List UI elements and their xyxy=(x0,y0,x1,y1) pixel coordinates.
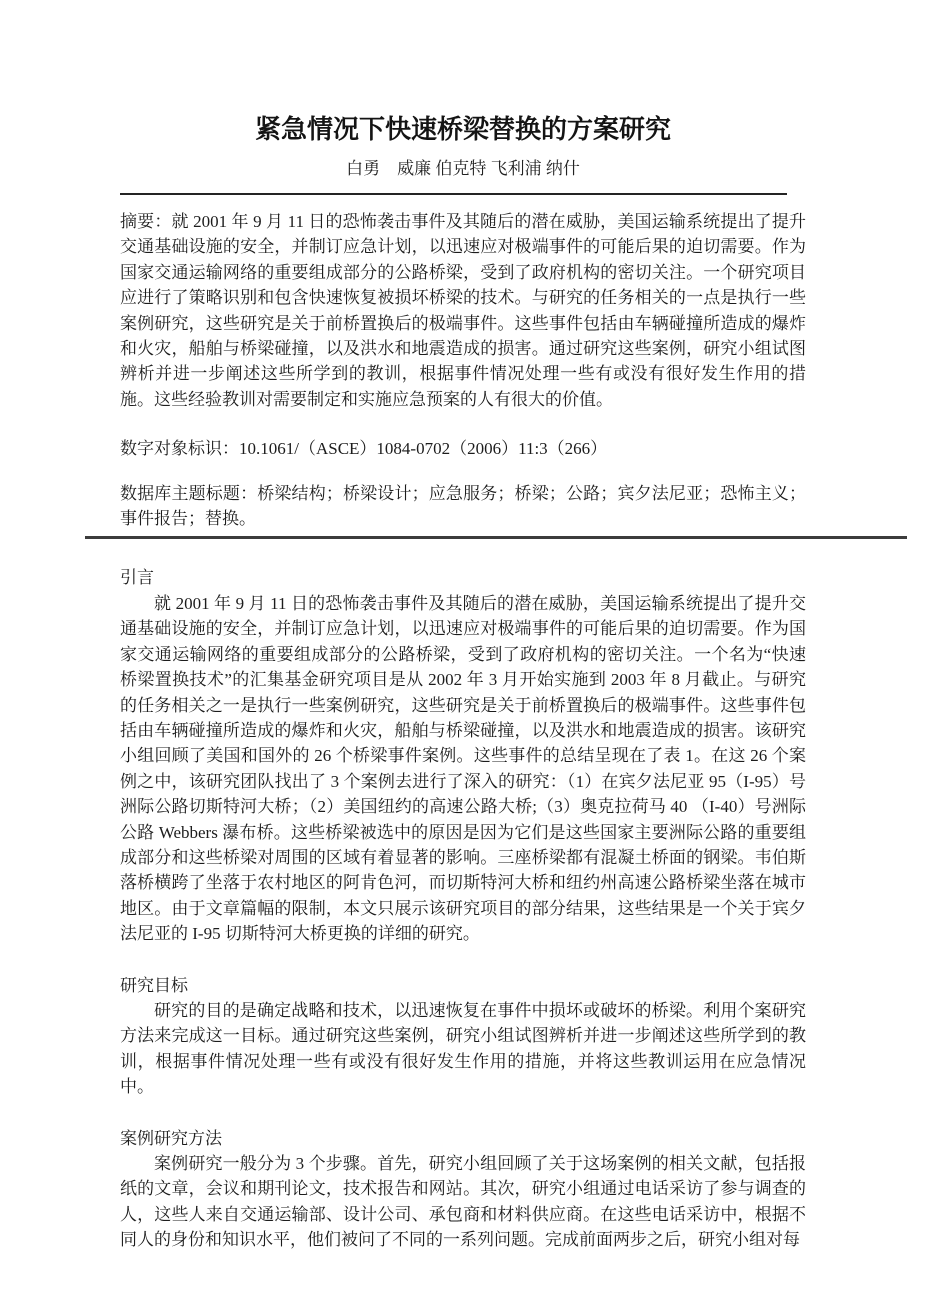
section-introduction-heading: 引言 xyxy=(120,565,806,590)
section-case-study-method-paragraph: 案例研究一般分为 3 个步骤。首先，研究小组回顾了关于这场案例的相关文献，包括报… xyxy=(120,1151,806,1253)
keywords-line: 数据库主题标题：桥梁结构；桥梁设计；应急服务；桥梁；公路；宾夕法尼亚；恐怖主义；… xyxy=(120,481,806,532)
section-research-objective: 研究目标 研究的目的是确定战略和技术，以迅速恢复在事件中损坏或破坏的桥梁。利用个… xyxy=(120,973,806,1100)
section-introduction: 引言 就 2001 年 9 月 11 日的恐怖袭击事件及其随后的潜在威胁，美国运… xyxy=(120,565,806,946)
paper-content: 紧急情况下快速桥梁替换的方案研究 白勇 威廉 伯克特 飞利浦 纳什 摘要：就 2… xyxy=(120,0,806,1253)
authors-line: 白勇 威廉 伯克特 飞利浦 纳什 xyxy=(120,157,806,181)
keywords-divider-rule xyxy=(85,536,907,539)
paper-title: 紧急情况下快速桥梁替换的方案研究 xyxy=(120,0,806,146)
abstract-paragraph: 摘要：就 2001 年 9 月 11 日的恐怖袭击事件及其随后的潜在威胁，美国运… xyxy=(120,209,806,412)
section-case-study-method-heading: 案例研究方法 xyxy=(120,1126,806,1151)
doi-line: 数字对象标识：10.1061/（ASCE）1084-0702（2006）11:3… xyxy=(120,436,806,461)
section-case-study-method: 案例研究方法 案例研究一般分为 3 个步骤。首先，研究小组回顾了关于这场案例的相… xyxy=(120,1126,806,1253)
section-research-objective-heading: 研究目标 xyxy=(120,973,806,998)
section-introduction-paragraph: 就 2001 年 9 月 11 日的恐怖袭击事件及其随后的潜在威胁，美国运输系统… xyxy=(120,591,806,947)
document-page: { "title": "紧急情况下快速桥梁替换的方案研究", "authors"… xyxy=(0,0,926,1309)
authors-divider-rule xyxy=(120,193,787,195)
section-research-objective-paragraph: 研究的目的是确定战略和技术，以迅速恢复在事件中损坏或破坏的桥梁。利用个案研究方法… xyxy=(120,998,806,1100)
